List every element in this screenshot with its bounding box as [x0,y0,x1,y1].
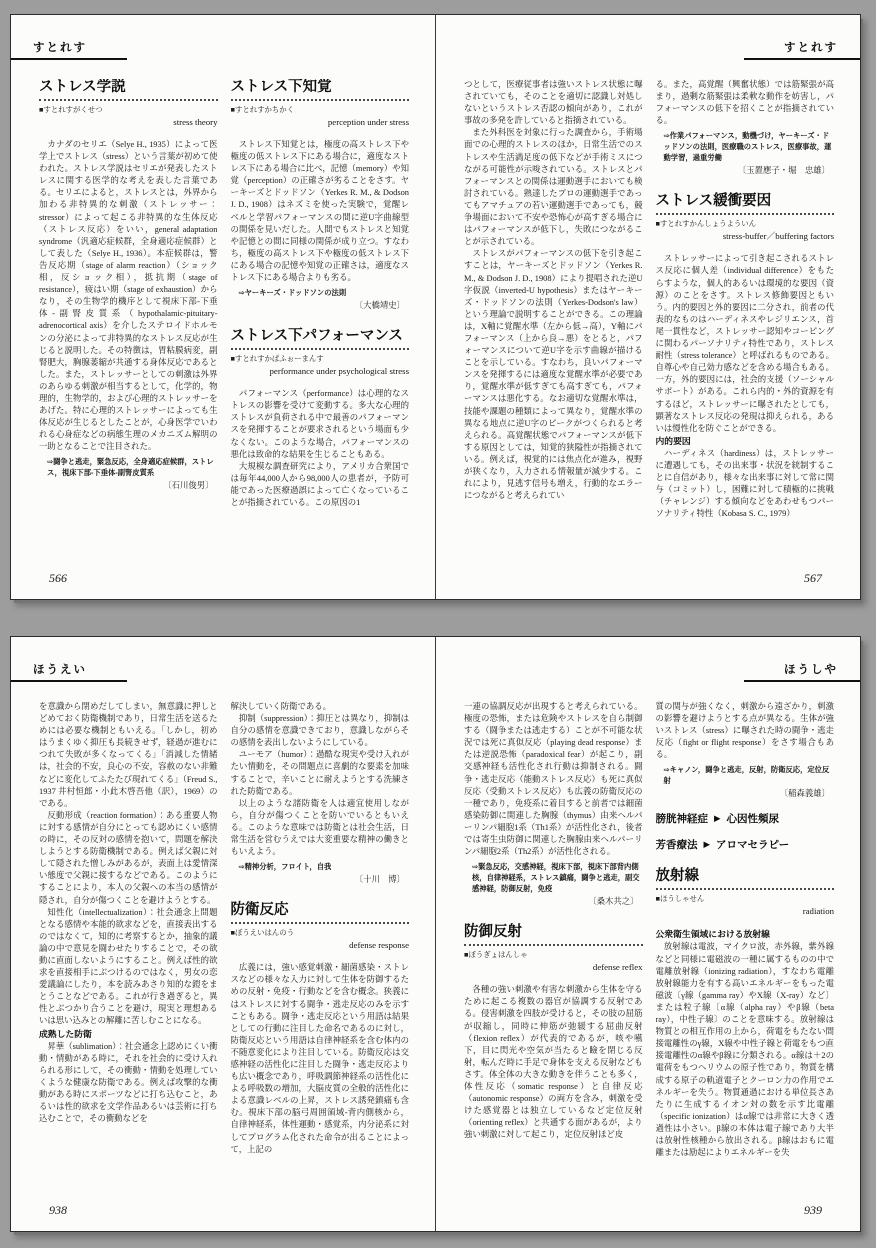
dotted-rule [231,921,410,924]
entry-stress-ka-performance: ストレス下パフォーマンス ■すとれすかぱふぉーまんす performance u… [231,328,410,377]
cross-reference: ⇨精神分析，フロイト，自我 [231,861,410,872]
entry-reading: ■ぼうぎょはんしゃ [464,950,643,960]
entry-boei-hanno: 防衛反応 ■ぼうえいはんのう defense response [231,902,410,951]
body-paragraph: 抑制（suppression）：抑圧とは異なり，抑制は自分の感情を意識できており… [231,713,410,749]
body-paragraph: ユーモア（humor）：過酷な現実や受け入れがたい情動を，その問題点に喜劇的な要… [231,749,410,797]
column-1: 一連の協調反応が出現すると考えられている。極度の恐怖，または危険やストレスを自ら… [464,701,643,1197]
running-head: すとれす [744,37,860,60]
dotted-rule [231,98,410,101]
column-1: ストレス学説 ■すとれすがくせつ stress theory カナダのセリエ（S… [39,79,218,565]
page-567: すとれす つとして，医療従事者は強いストレス状態に曝されていても，そのことを適切… [436,15,860,599]
see-also-target: アロマセラピー [716,839,789,851]
author-credit: 〔桑木共之〕 [464,896,639,908]
body-paragraph: ハーディネス（hardiness）は，ストレッサーに遭遇しても，その出来事・状況… [656,448,835,521]
cross-reference: ⇨作業パフォーマンス，動機づけ，ヤーキーズ・ドッドソンの法則，医療職のストレス，… [656,130,835,163]
see-also-entry: 膀胱神経症▶心因性頻尿 [656,813,835,826]
body-paragraph: カナダのセリエ（Selye H., 1935）によって医学上でストレス（stre… [39,139,218,453]
entry-hoshasen: 放射線 ■ほうしゃせん radiation [656,868,835,917]
body-paragraph: 大規模な調査研究により，アメリカ合衆国では毎年44,000人から98,000人の… [231,461,410,509]
entry-reading: ■ぼうえいはんのう [231,928,410,938]
cross-reference: ⇨キャノン，闘争と逃走，反射，防衛反応，定位反射 [656,764,835,786]
body-paragraph: 以上のような諸防衛を人は適宜使用しながら，自分が傷つくことを防いでいるともいえる… [231,798,410,858]
entry-title: 防御反射 [464,924,643,941]
see-also-term: 膀胱神経症 [656,813,709,825]
entry-reading: ■すとれすかぱふぉーまんす [231,354,410,364]
author-credit: 〔石川俊男〕 [39,480,214,492]
entry-reading: ■すとれすがくせつ [39,105,218,115]
column-2: 解決していく防衛である。 抑制（suppression）：抑圧とは異なり，抑制は… [231,701,410,1197]
author-credit: 〔稲森義雄〕 [656,788,831,800]
author-credit: 〔玉置應子・堀 忠雄〕 [656,165,831,177]
cross-reference: ⇨闘争と逃走，緊急反応，全身適応症候群，ストレス，視床下部-下垂体-副腎皮質系 [39,456,218,478]
body-paragraph: 各種の強い刺激や有害な刺激から生体を守るために起こる複数の器官が協調する反射であ… [464,984,643,1141]
entry-stress-kansho-yoin: ストレス緩衝要因 ■すとれすかんしょうよういん stress-buffer／bu… [656,193,835,242]
body-paragraph: 知性化（intellectualization）：社会通念上問題となる感情や本能… [39,907,218,1028]
pointer-icon: ▶ [704,839,711,849]
body-paragraph: また外科医を対象に行った調査から，手術場面での心理的ストレスのほか，日常生活での… [464,127,643,248]
entry-title: 放射線 [656,868,835,885]
running-head: ほうえい [11,659,127,682]
body-paragraph: 質の関与が強くなく，刺激から遠ざかり，刺激の影響を避けようとする点が異なる。生体… [656,701,835,761]
entry-reading: ■すとれすかちかく [231,105,410,115]
dotted-rule [464,943,643,946]
entry-title: ストレス下パフォーマンス [231,328,410,345]
body-paragraph: 解決していく防衛である。 [231,701,410,713]
body-paragraph: を意識から閉めだしてしまい，無意識に押しとどめておく防衛機制であり，日常生活を送… [39,701,218,810]
section-subheading: 成熟した防衛 [39,1028,218,1041]
dotted-rule [39,98,218,101]
column-1: を意識から閉めだしてしまい，無意識に押しとどめておく防衛機制であり，日常生活を送… [39,701,218,1197]
body-paragraph: ストレッサーによって引き起こされるストレス反応に個人差（individual d… [656,253,835,434]
entry-english-term: stress theory [39,116,218,128]
running-head: ほうしや [744,659,860,682]
page-number: 938 [49,1203,67,1218]
spread-566-567: すとれす ストレス学説 ■すとれすがくせつ stress theory カナダの… [10,14,861,600]
entry-english-term: defense reflex [464,961,643,973]
body-paragraph: 昇華（sublimation）：社会通念上認めにくい衝動・情動がある時に，それを… [39,1041,218,1126]
entry-english-term: performance under psychological stress [231,365,410,377]
pointer-icon: ▶ [714,813,721,823]
page-938: ほうえい を意識から閉めだしてしまい，無意識に押しとどめておく防衛機制であり，日… [11,637,436,1231]
page-number: 567 [804,571,822,586]
page-number: 939 [804,1203,822,1218]
section-subheading: 内的要因 [656,435,835,448]
entry-english-term: stress-buffer／buffering factors [656,230,835,242]
scanned-dictionary-page: { "ui": { "see_arrow": "▶" }, "p566": { … [0,0,876,1248]
body-paragraph: る。また，高覚醒（興奮状態）では筋緊張が高まり，過剰な筋緊張は柔軟な動作を妨害し… [656,79,835,127]
column-2: 質の関与が強くなく，刺激から遠ざかり，刺激の影響を避けようとする点が異なる。生体… [656,701,835,1197]
dotted-rule [656,887,835,890]
body-paragraph: 一連の協調反応が出現すると考えられている。極度の恐怖，または危険やストレスを自ら… [464,701,643,858]
body-paragraph: 広義には，強い感覚刺激・細菌感染・ストレスなどの様々な入力に対して生体を防御する… [231,962,410,1156]
dotted-rule [231,347,410,350]
author-credit: 〔大橋靖史〕 [231,300,406,312]
entry-stress-ka-chikaku: ストレス下知覚 ■すとれすかちかく perception under stres… [231,79,410,128]
see-also-term: 芳香療法 [656,839,698,851]
entry-bogyo-hansha: 防御反射 ■ぼうぎょはんしゃ defense reflex [464,924,643,973]
body-paragraph: ストレスがパフォーマンスの低下を引き起こすことは，ヤーキーズとドッドソン（Yer… [464,248,643,502]
running-head: すとれす [11,37,127,60]
entry-title: ストレス下知覚 [231,79,410,96]
body-paragraph: 放射線は電波，マイクロ波，赤外線，紫外線などと同様に電磁波の一種に属するものの中… [656,941,835,1159]
entry-english-term: perception under stress [231,116,410,128]
body-paragraph: パフォーマンス（performance）は心理的なストレスの影響を受けて変動する… [231,388,410,461]
entry-title: ストレス緩衝要因 [656,193,835,210]
body-paragraph: 反動形成（reaction formation）：ある重要人物に対する感情が自分… [39,810,218,907]
entry-title: 防衛反応 [231,902,410,919]
entry-reading: ■すとれすかんしょうよういん [656,219,835,229]
entry-reading: ■ほうしゃせん [656,894,835,904]
column-1: つとして，医療従事者は強いストレス状態に曝されていても，そのことを適切に認識し対… [464,79,643,565]
entry-title: ストレス学説 [39,79,218,96]
page-number: 566 [49,571,67,586]
entry-stress-gakusetsu: ストレス学説 ■すとれすがくせつ stress theory [39,79,218,128]
section-subheading: 公衆衛生領域における放射線 [656,928,835,941]
column-2: る。また，高覚醒（興奮状態）では筋緊張が高まり，過剰な筋緊張は柔軟な動作を妨害し… [656,79,835,565]
see-also-entry: 芳香療法▶アロマセラピー [656,839,835,852]
body-paragraph: ストレス下知覚とは，極度の高ストレス下や極度の低ストレス下にある場合に，適度なス… [231,139,410,284]
entry-english-term: defense response [231,939,410,951]
cross-reference: ⇨ヤーキーズ・ドッドソンの法則 [231,287,410,298]
spread-938-939: ほうえい を意識から閉めだしてしまい，無意識に押しとどめておく防衛機制であり，日… [10,636,861,1232]
dotted-rule [656,212,835,215]
page-566: すとれす ストレス学説 ■すとれすがくせつ stress theory カナダの… [11,15,436,599]
entry-english-term: radiation [656,905,835,917]
body-paragraph: つとして，医療従事者は強いストレス状態に曝されていても，そのことを適切に認識し対… [464,79,643,127]
see-also-target: 心因性頻尿 [727,813,780,825]
page-939: ほうしや 一連の協調反応が出現すると考えられている。極度の恐怖，または危険やスト… [436,637,860,1231]
column-2: ストレス下知覚 ■すとれすかちかく perception under stres… [231,79,410,565]
cross-reference: ⇨緊急反応，交感神経，視床下部，視床下部背内側核，自律神経系，ストレス鎮痛，闘争… [464,861,643,894]
author-credit: 〔十川 博〕 [231,874,406,886]
